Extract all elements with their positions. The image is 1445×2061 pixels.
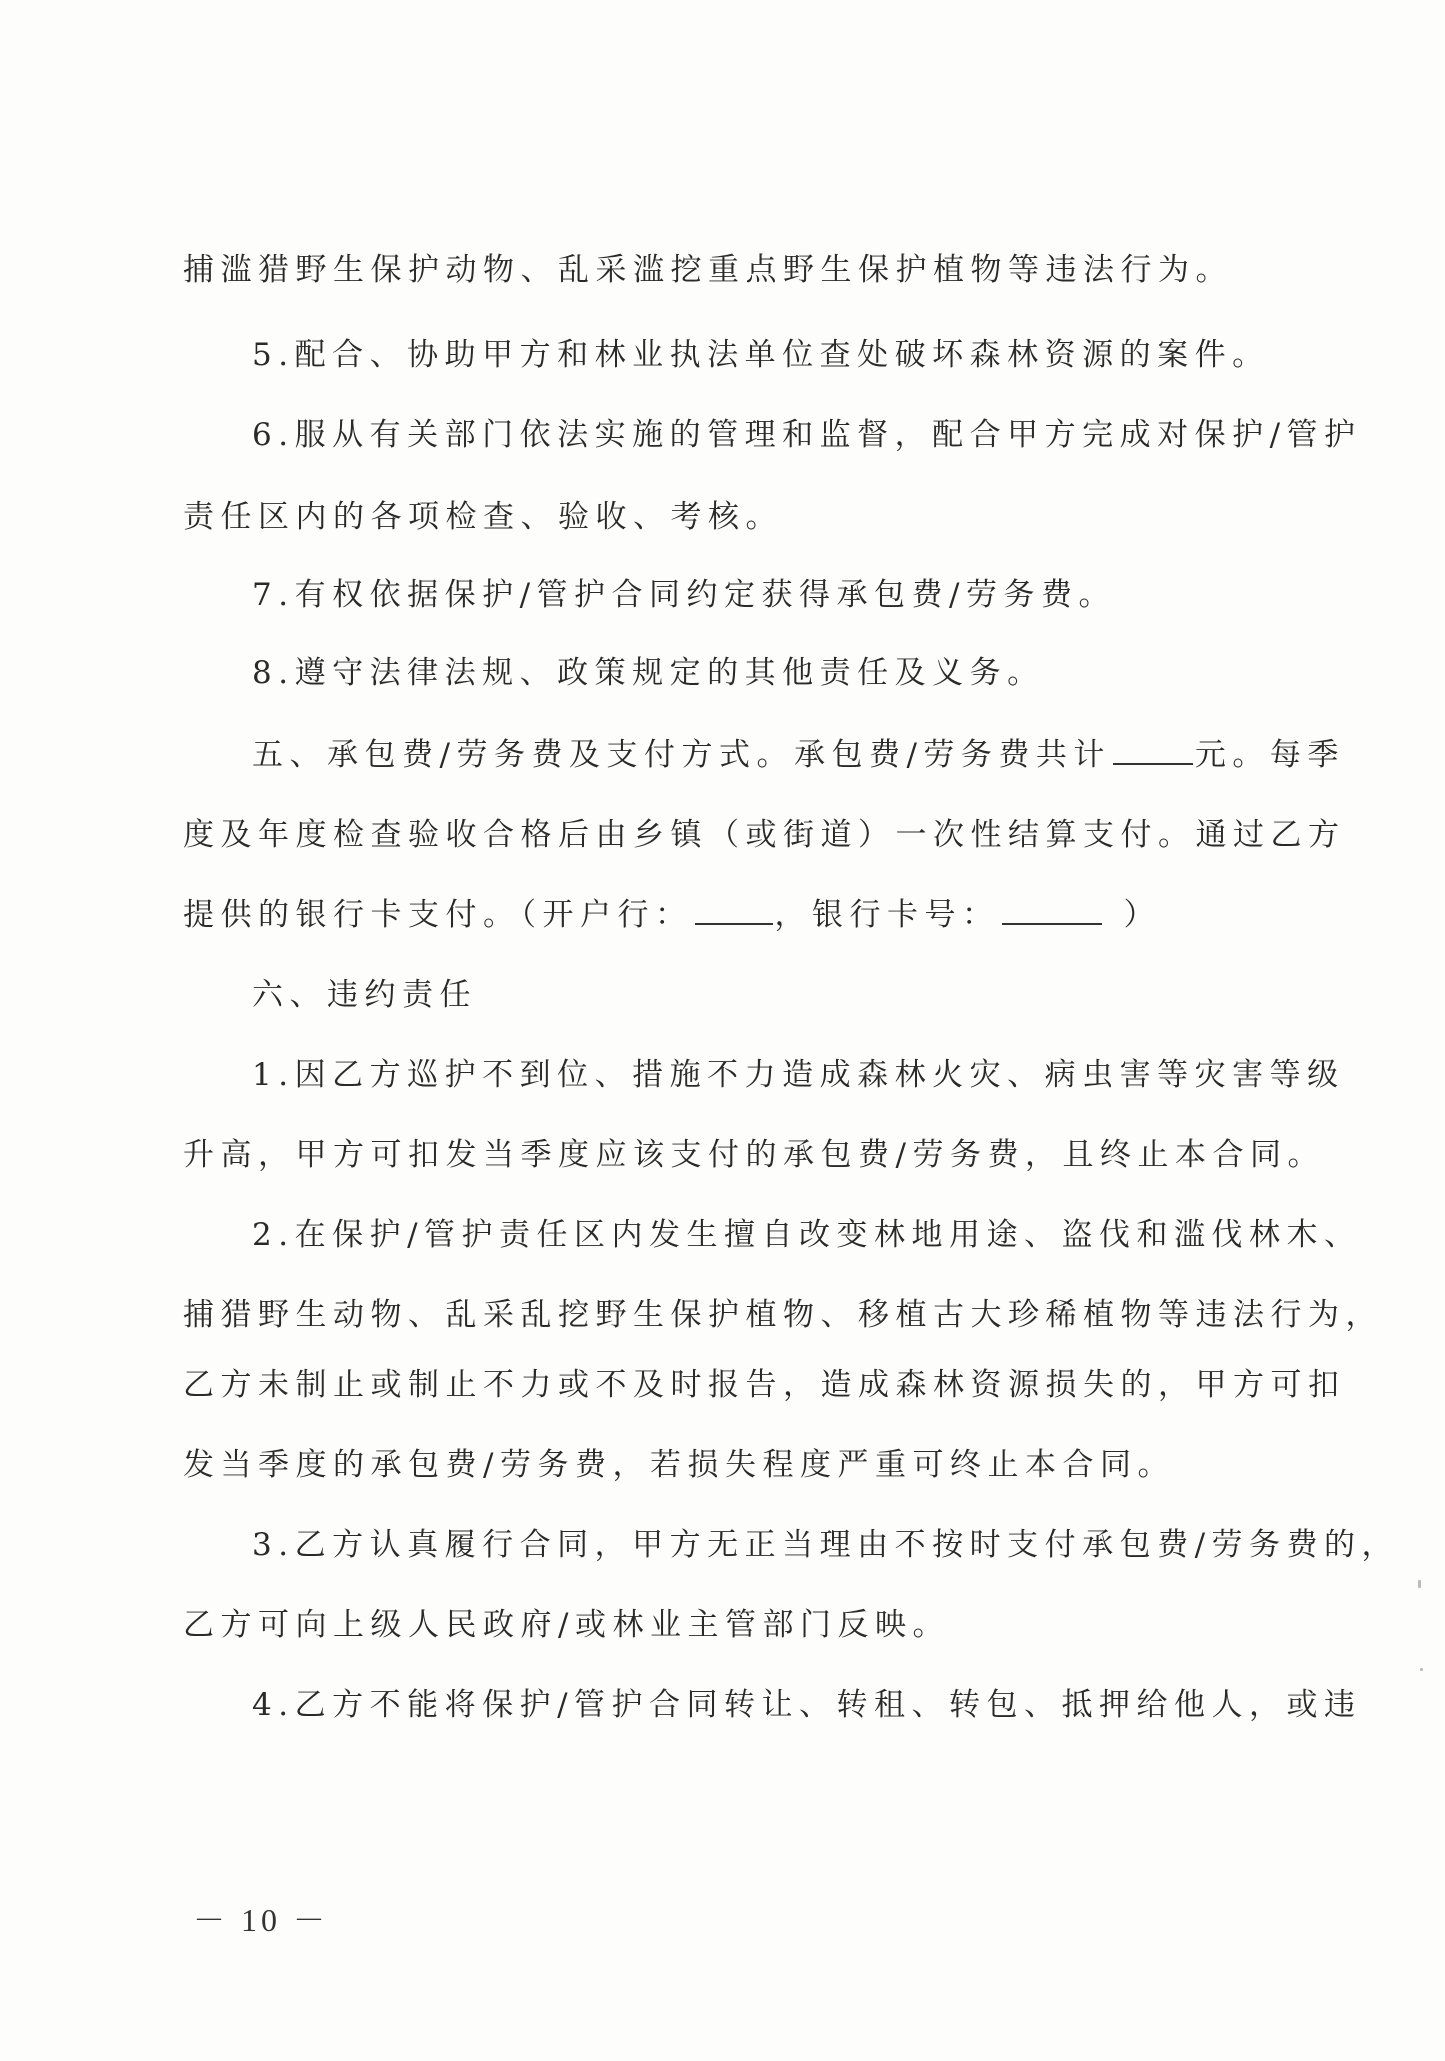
section-heading: 六、违约责任 (252, 975, 1272, 1015)
payment-text-after: 元。每季 (1195, 737, 1345, 773)
paragraph-line: 捕猎野生动物、乱采乱挖野生保护植物、移植古大珍稀植物等违法行为， (183, 1295, 1273, 1335)
paragraph-line: 捕滥猎野生保护动物、乱采滥挖重点野生保护植物等违法行为。 (183, 250, 1273, 290)
paragraph-line: 6.服从有关部门依法实施的管理和监督，配合甲方完成对保护/管护 (252, 415, 1272, 455)
paragraph-line: 4.乙方不能将保护/管护合同转让、转租、转包、抵押给他人，或违 (252, 1685, 1272, 1725)
payment-text-before: 五、承包费/劳务费及支付方式。承包费/劳务费共计 (252, 737, 1111, 773)
paragraph-line: 度及年度检查验收合格后由乡镇（或街道）一次性结算支付。通过乙方 (183, 815, 1273, 855)
paragraph-line: 责任区内的各项检查、验收、考核。 (183, 497, 1273, 537)
paragraph-line: 7.有权依据保护/管护合同约定获得承包费/劳务费。 (252, 575, 1272, 615)
paragraph-line: 发当季度的承包费/劳务费，若损失程度严重可终止本合同。 (183, 1445, 1273, 1485)
bank-text-mid: ，银行卡号： (775, 897, 1000, 933)
amount-blank-field (1113, 735, 1193, 765)
bank-text-after: ） (1124, 897, 1162, 933)
paragraph-line: 1.因乙方巡护不到位、措施不力造成森林火灾、病虫害等灾害等级 (252, 1055, 1272, 1095)
bank-name-blank-field (695, 895, 773, 925)
scan-speck (1420, 1668, 1423, 1671)
paragraph-line: 3.乙方认真履行合同，甲方无正当理由不按时支付承包费/劳务费的， (252, 1525, 1272, 1565)
paragraph-line: 8.遵守法律法规、政策规定的其他责任及义务。 (252, 653, 1272, 693)
card-number-blank-field (1002, 895, 1102, 925)
payment-clause-line: 五、承包费/劳务费及支付方式。承包费/劳务费共计元。每季 (252, 735, 1272, 775)
page-number: － 10 － (193, 1900, 329, 1940)
paragraph-line: 乙方可向上级人民政府/或林业主管部门反映。 (183, 1605, 1273, 1645)
bank-text-before: 提供的银行卡支付。（开户行： (183, 897, 693, 933)
document-page: 捕滥猎野生保护动物、乱采滥挖重点野生保护植物等违法行为。 5.配合、协助甲方和林… (0, 0, 1445, 2061)
scan-speck (1418, 1580, 1421, 1588)
paragraph-line: 5.配合、协助甲方和林业执法单位查处破坏森林资源的案件。 (252, 335, 1272, 375)
paragraph-line: 乙方未制止或制止不力或不及时报告，造成森林资源损失的，甲方可扣 (183, 1365, 1273, 1405)
paragraph-line: 2.在保护/管护责任区内发生擅自改变林地用途、盗伐和滥伐林木、 (252, 1215, 1272, 1255)
bank-info-line: 提供的银行卡支付。（开户行：，银行卡号：） (183, 895, 1273, 935)
paragraph-line: 升高，甲方可扣发当季度应该支付的承包费/劳务费，且终止本合同。 (183, 1135, 1273, 1175)
